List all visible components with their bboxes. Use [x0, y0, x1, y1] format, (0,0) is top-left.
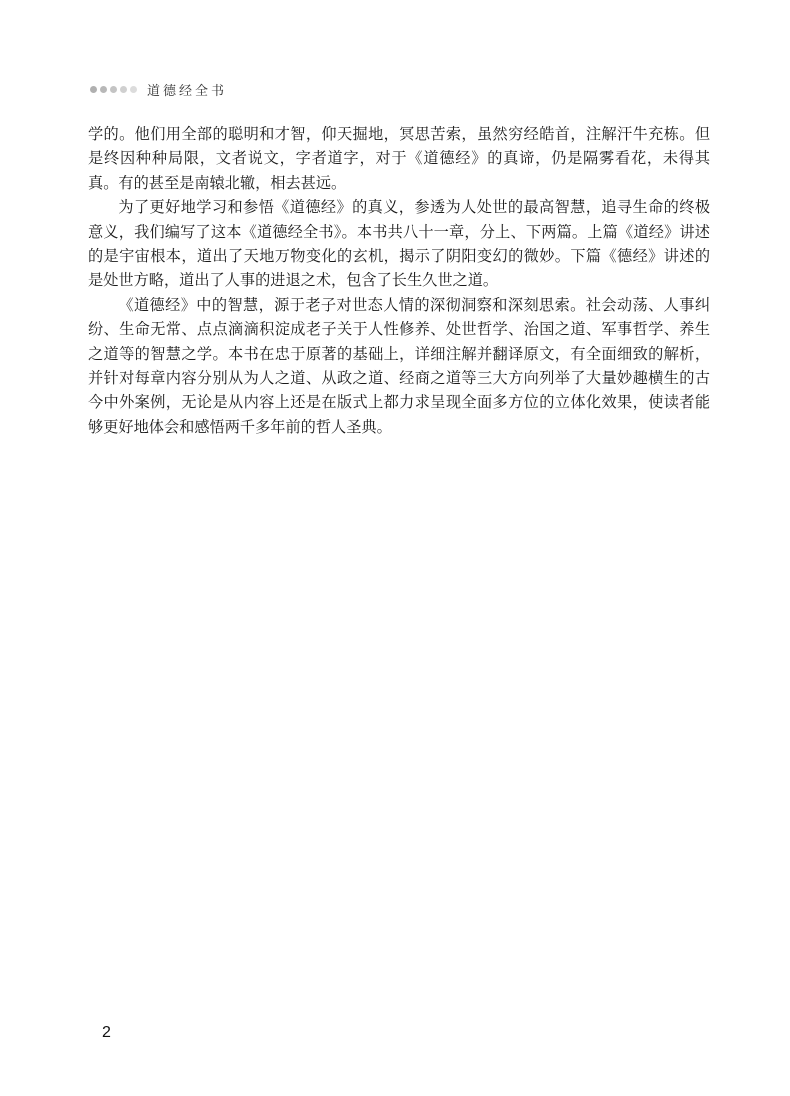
paragraph: 学的。他们用全部的聪明和才智，仰天掘地，冥思苦索，虽然穷经皓首，注解汗牛充栋。但…: [88, 122, 710, 195]
dot-icon: [90, 86, 97, 93]
dot-icon: [100, 86, 107, 93]
dot-icon: [110, 86, 117, 93]
dot-icon: [130, 86, 137, 93]
running-header: 道德经全书: [90, 80, 227, 99]
body-text: 学的。他们用全部的聪明和才智，仰天掘地，冥思苦索，虽然穷经皓首，注解汗牛充栋。但…: [88, 122, 710, 439]
book-title: 道德经全书: [147, 80, 227, 99]
dot-icon: [120, 86, 127, 93]
page-number: 2: [102, 1024, 111, 1042]
decorative-dots: [90, 86, 137, 93]
paragraph: 为了更好地学习和参悟《道德经》的真义，参透为人处世的最高智慧，追寻生命的终极意义…: [88, 195, 710, 293]
paragraph: 《道德经》中的智慧，源于老子对世态人情的深彻洞察和深刻思索。社会动荡、人事纠纷、…: [88, 293, 710, 439]
